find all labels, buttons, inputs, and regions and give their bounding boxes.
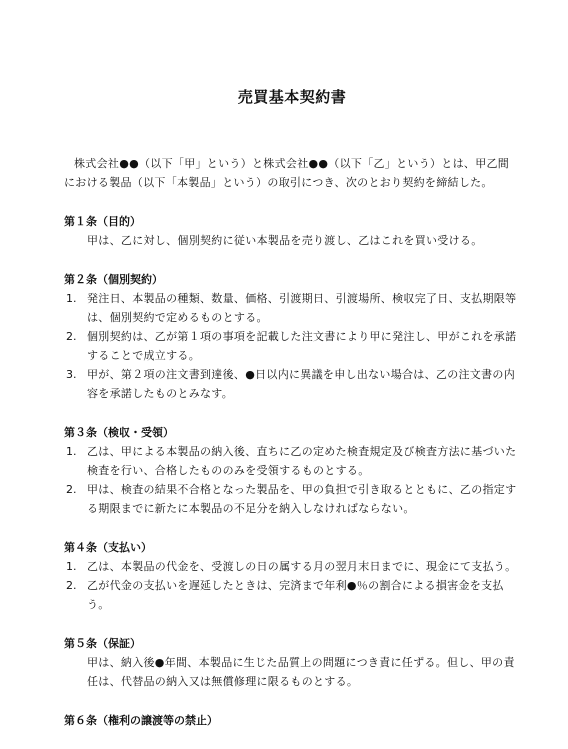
contract-page: 売買基本契約書 株式会社●●（以下「甲」という）と株式会社●●（以下「乙」という… bbox=[64, 86, 520, 749]
item-number: 2. bbox=[64, 327, 87, 365]
item-number: 1. bbox=[64, 557, 87, 576]
article-heading: 第６条（権利の譲渡等の禁止） bbox=[64, 711, 520, 730]
item-text: 個別契約は、乙が第１項の事項を記載した注文書により甲に発注し、甲がこれを承諾する… bbox=[87, 327, 520, 365]
item-text: 発注日、本製品の種類、数量、価格、引渡期日、引渡場所、検収完了日、支払期限等は、… bbox=[87, 289, 520, 327]
article-items: 1. 発注日、本製品の種類、数量、価格、引渡期日、引渡場所、検収完了日、支払期限… bbox=[64, 289, 520, 403]
article-heading: 第５条（保証） bbox=[64, 634, 520, 653]
item-text: 乙が代金の支払いを遅延したときは、完済まで年利●％の割合による損害金を支払う。 bbox=[87, 576, 520, 614]
article-item: 1. 乙は、甲による本製品の納入後、直ちに乙の定めた検査規定及び検査方法に基づい… bbox=[64, 442, 520, 480]
article-5: 第５条（保証） 甲は、納入後●年間、本製品に生じた品質上の問題につき責に任ずる。… bbox=[64, 634, 520, 691]
intro-paragraph: 株式会社●●（以下「甲」という）と株式会社●●（以下「乙」という）とは、甲乙間に… bbox=[64, 154, 520, 192]
article-heading: 第４条（支払い） bbox=[64, 538, 520, 557]
item-number: 3. bbox=[64, 365, 87, 403]
article-item: 1. 発注日、本製品の種類、数量、価格、引渡期日、引渡場所、検収完了日、支払期限… bbox=[64, 289, 520, 327]
article-items: 1. 乙は、本製品の代金を、受渡しの日の属する月の翌月末日までに、現金にて支払う… bbox=[64, 557, 520, 614]
article-3: 第３条（検収・受領） 1. 乙は、甲による本製品の納入後、直ちに乙の定めた検査規… bbox=[64, 423, 520, 518]
item-text: 乙は、甲による本製品の納入後、直ちに乙の定めた検査規定及び検査方法に基づいた検査… bbox=[87, 442, 520, 480]
article-item: 1. 乙は、本製品の代金を、受渡しの日の属する月の翌月末日までに、現金にて支払う… bbox=[64, 557, 520, 576]
article-item: 3. 甲が、第２項の注文書到達後、●日以内に異議を申し出ない場合は、乙の注文書の… bbox=[64, 365, 520, 403]
article-item: 2. 個別契約は、乙が第１項の事項を記載した注文書により甲に発注し、甲がこれを承… bbox=[64, 327, 520, 365]
article-item: 2. 乙が代金の支払いを遅延したときは、完済まで年利●％の割合による損害金を支払… bbox=[64, 576, 520, 614]
article-item: 2. 甲は、検査の結果不合格となった製品を、甲の負担で引き取るとともに、乙の指定… bbox=[64, 480, 520, 518]
article-2: 第２条（個別契約） 1. 発注日、本製品の種類、数量、価格、引渡期日、引渡場所、… bbox=[64, 270, 520, 403]
article-items: 1. 乙は、甲による本製品の納入後、直ちに乙の定めた検査規定及び検査方法に基づい… bbox=[64, 442, 520, 518]
article-1: 第１条（目的） 甲は、乙に対し、個別契約に従い本製品を売り渡し、乙はこれを買い受… bbox=[64, 212, 520, 250]
article-body: 甲は、乙に対し、個別契約に従い本製品を売り渡し、乙はこれを買い受ける。 bbox=[64, 231, 520, 250]
article-4: 第４条（支払い） 1. 乙は、本製品の代金を、受渡しの日の属する月の翌月末日まで… bbox=[64, 538, 520, 614]
article-heading: 第３条（検収・受領） bbox=[64, 423, 520, 442]
item-text: 乙は、本製品の代金を、受渡しの日の属する月の翌月末日までに、現金にて支払う。 bbox=[87, 557, 520, 576]
item-number: 1. bbox=[64, 442, 87, 480]
item-text: 甲は、検査の結果不合格となった製品を、甲の負担で引き取るとともに、乙の指定する期… bbox=[87, 480, 520, 518]
item-text: 甲が、第２項の注文書到達後、●日以内に異議を申し出ない場合は、乙の注文書の内容を… bbox=[87, 365, 520, 403]
item-number: 2. bbox=[64, 576, 87, 614]
document-title: 売買基本契約書 bbox=[64, 86, 520, 108]
article-body: 甲は、納入後●年間、本製品に生じた品質上の問題につき責に任ずる。但し、甲の責任は… bbox=[64, 653, 520, 691]
article-heading: 第１条（目的） bbox=[64, 212, 520, 231]
item-number: 1. bbox=[64, 289, 87, 327]
article-6: 第６条（権利の譲渡等の禁止） bbox=[64, 711, 520, 730]
item-number: 2. bbox=[64, 480, 87, 518]
article-heading: 第２条（個別契約） bbox=[64, 270, 520, 289]
